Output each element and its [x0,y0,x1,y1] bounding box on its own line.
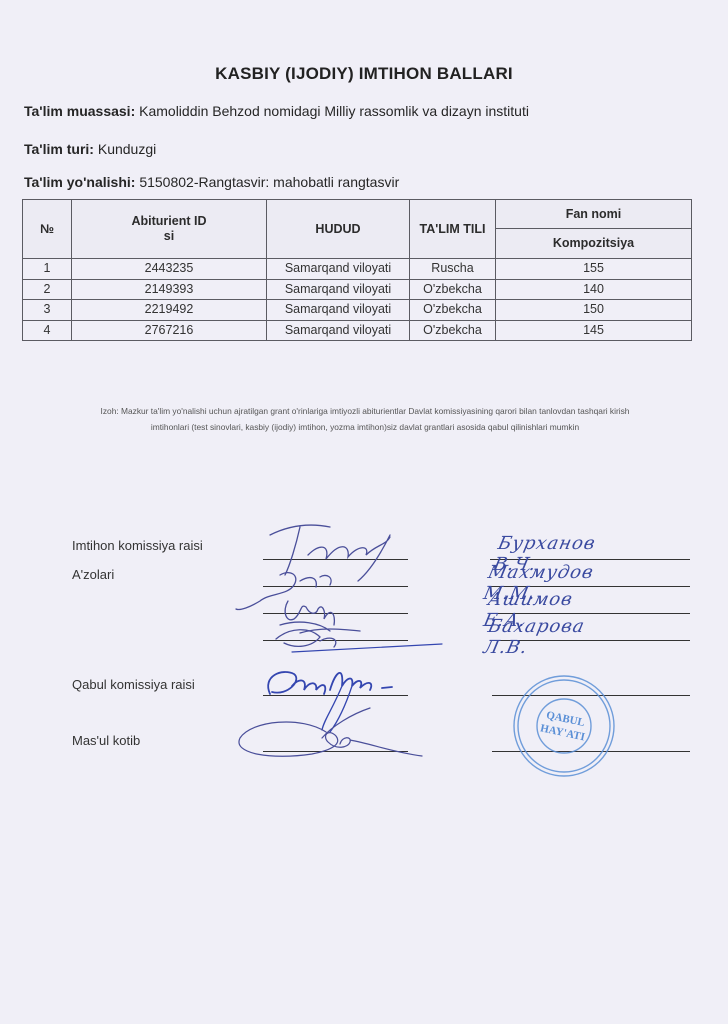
official-stamp: QABUL HAY'ATI [510,672,620,782]
study-form-label: Ta'lim turi: [24,141,94,157]
exam-chair-label: Imtihon komissiya raisi [72,538,203,553]
cell-no: 2 [23,279,72,300]
cell-applicant-id: 2219492 [72,300,267,321]
direction-label: Ta'lim yo'nalishi: [24,174,135,190]
study-form-line: Ta'lim turi: Kunduzgi [24,141,156,157]
document-title: KASBIY (IJODIY) IMTIHON BALLARI [0,64,728,84]
footnote-line-1: Izoh: Mazkur ta'lim yo'nalishi uchun ajr… [20,403,710,419]
header-applicant-id: Abiturient ID si [72,200,267,259]
cell-region: Samarqand viloyati [267,259,410,280]
cell-score: 155 [496,259,692,280]
table-row: 22149393Samarqand viloyatiO'zbekcha140 [23,279,692,300]
cell-no: 4 [23,320,72,341]
cell-score: 145 [496,320,692,341]
header-subject-group: Fan nomi [496,200,692,229]
table-row: 32219492Samarqand viloyatiO'zbekcha150 [23,300,692,321]
institution-label: Ta'lim muassasi: [24,103,135,119]
cell-language: Ruscha [410,259,496,280]
cell-language: O'zbekcha [410,279,496,300]
header-subject: Kompozitsiya [496,229,692,259]
cell-region: Samarqand viloyati [267,320,410,341]
header-applicant-id-text: Abiturient ID si [129,214,209,244]
study-form-value: Kunduzgi [98,141,156,157]
direction-line: Ta'lim yo'nalishi: 5150802-Rangtasvir: m… [24,174,399,190]
header-no: № [23,200,72,259]
institution-value: Kamoliddin Behzod nomidagi Milliy rassom… [139,103,529,119]
admission-chair-label: Qabul komissiya raisi [72,677,195,692]
members-label: A'zolari [72,567,114,582]
cell-score: 140 [496,279,692,300]
cell-region: Samarqand viloyati [267,300,410,321]
cell-applicant-id: 2149393 [72,279,267,300]
cell-language: O'zbekcha [410,300,496,321]
footnote-line-2: imtihonlari (test sinovlari, kasbiy (ijo… [20,419,710,435]
cell-no: 1 [23,259,72,280]
cell-no: 3 [23,300,72,321]
cell-language: O'zbekcha [410,320,496,341]
header-language: TA'LIM TILI [410,200,496,259]
header-region: HUDUD [267,200,410,259]
cell-score: 150 [496,300,692,321]
signature-admission-and-secretary [232,640,452,770]
handwritten-name: Бахарова Л.В. [482,616,587,658]
signature-scribbles-committee [230,515,430,655]
cell-applicant-id: 2767216 [72,320,267,341]
direction-value: 5150802-Rangtasvir: mahobatli rangtasvir [139,174,399,190]
table-row: 12443235Samarqand viloyatiRuscha155 [23,259,692,280]
cell-applicant-id: 2443235 [72,259,267,280]
institution-line: Ta'lim muassasi: Kamoliddin Behzod nomid… [24,103,529,119]
footnote: Izoh: Mazkur ta'lim yo'nalishi uchun ajr… [20,403,710,435]
cell-region: Samarqand viloyati [267,279,410,300]
scores-table: № Abiturient ID si HUDUD TA'LIM TILI Fan… [22,199,692,341]
table-row: 42767216Samarqand viloyatiO'zbekcha145 [23,320,692,341]
secretary-label: Mas'ul kotib [72,733,140,748]
